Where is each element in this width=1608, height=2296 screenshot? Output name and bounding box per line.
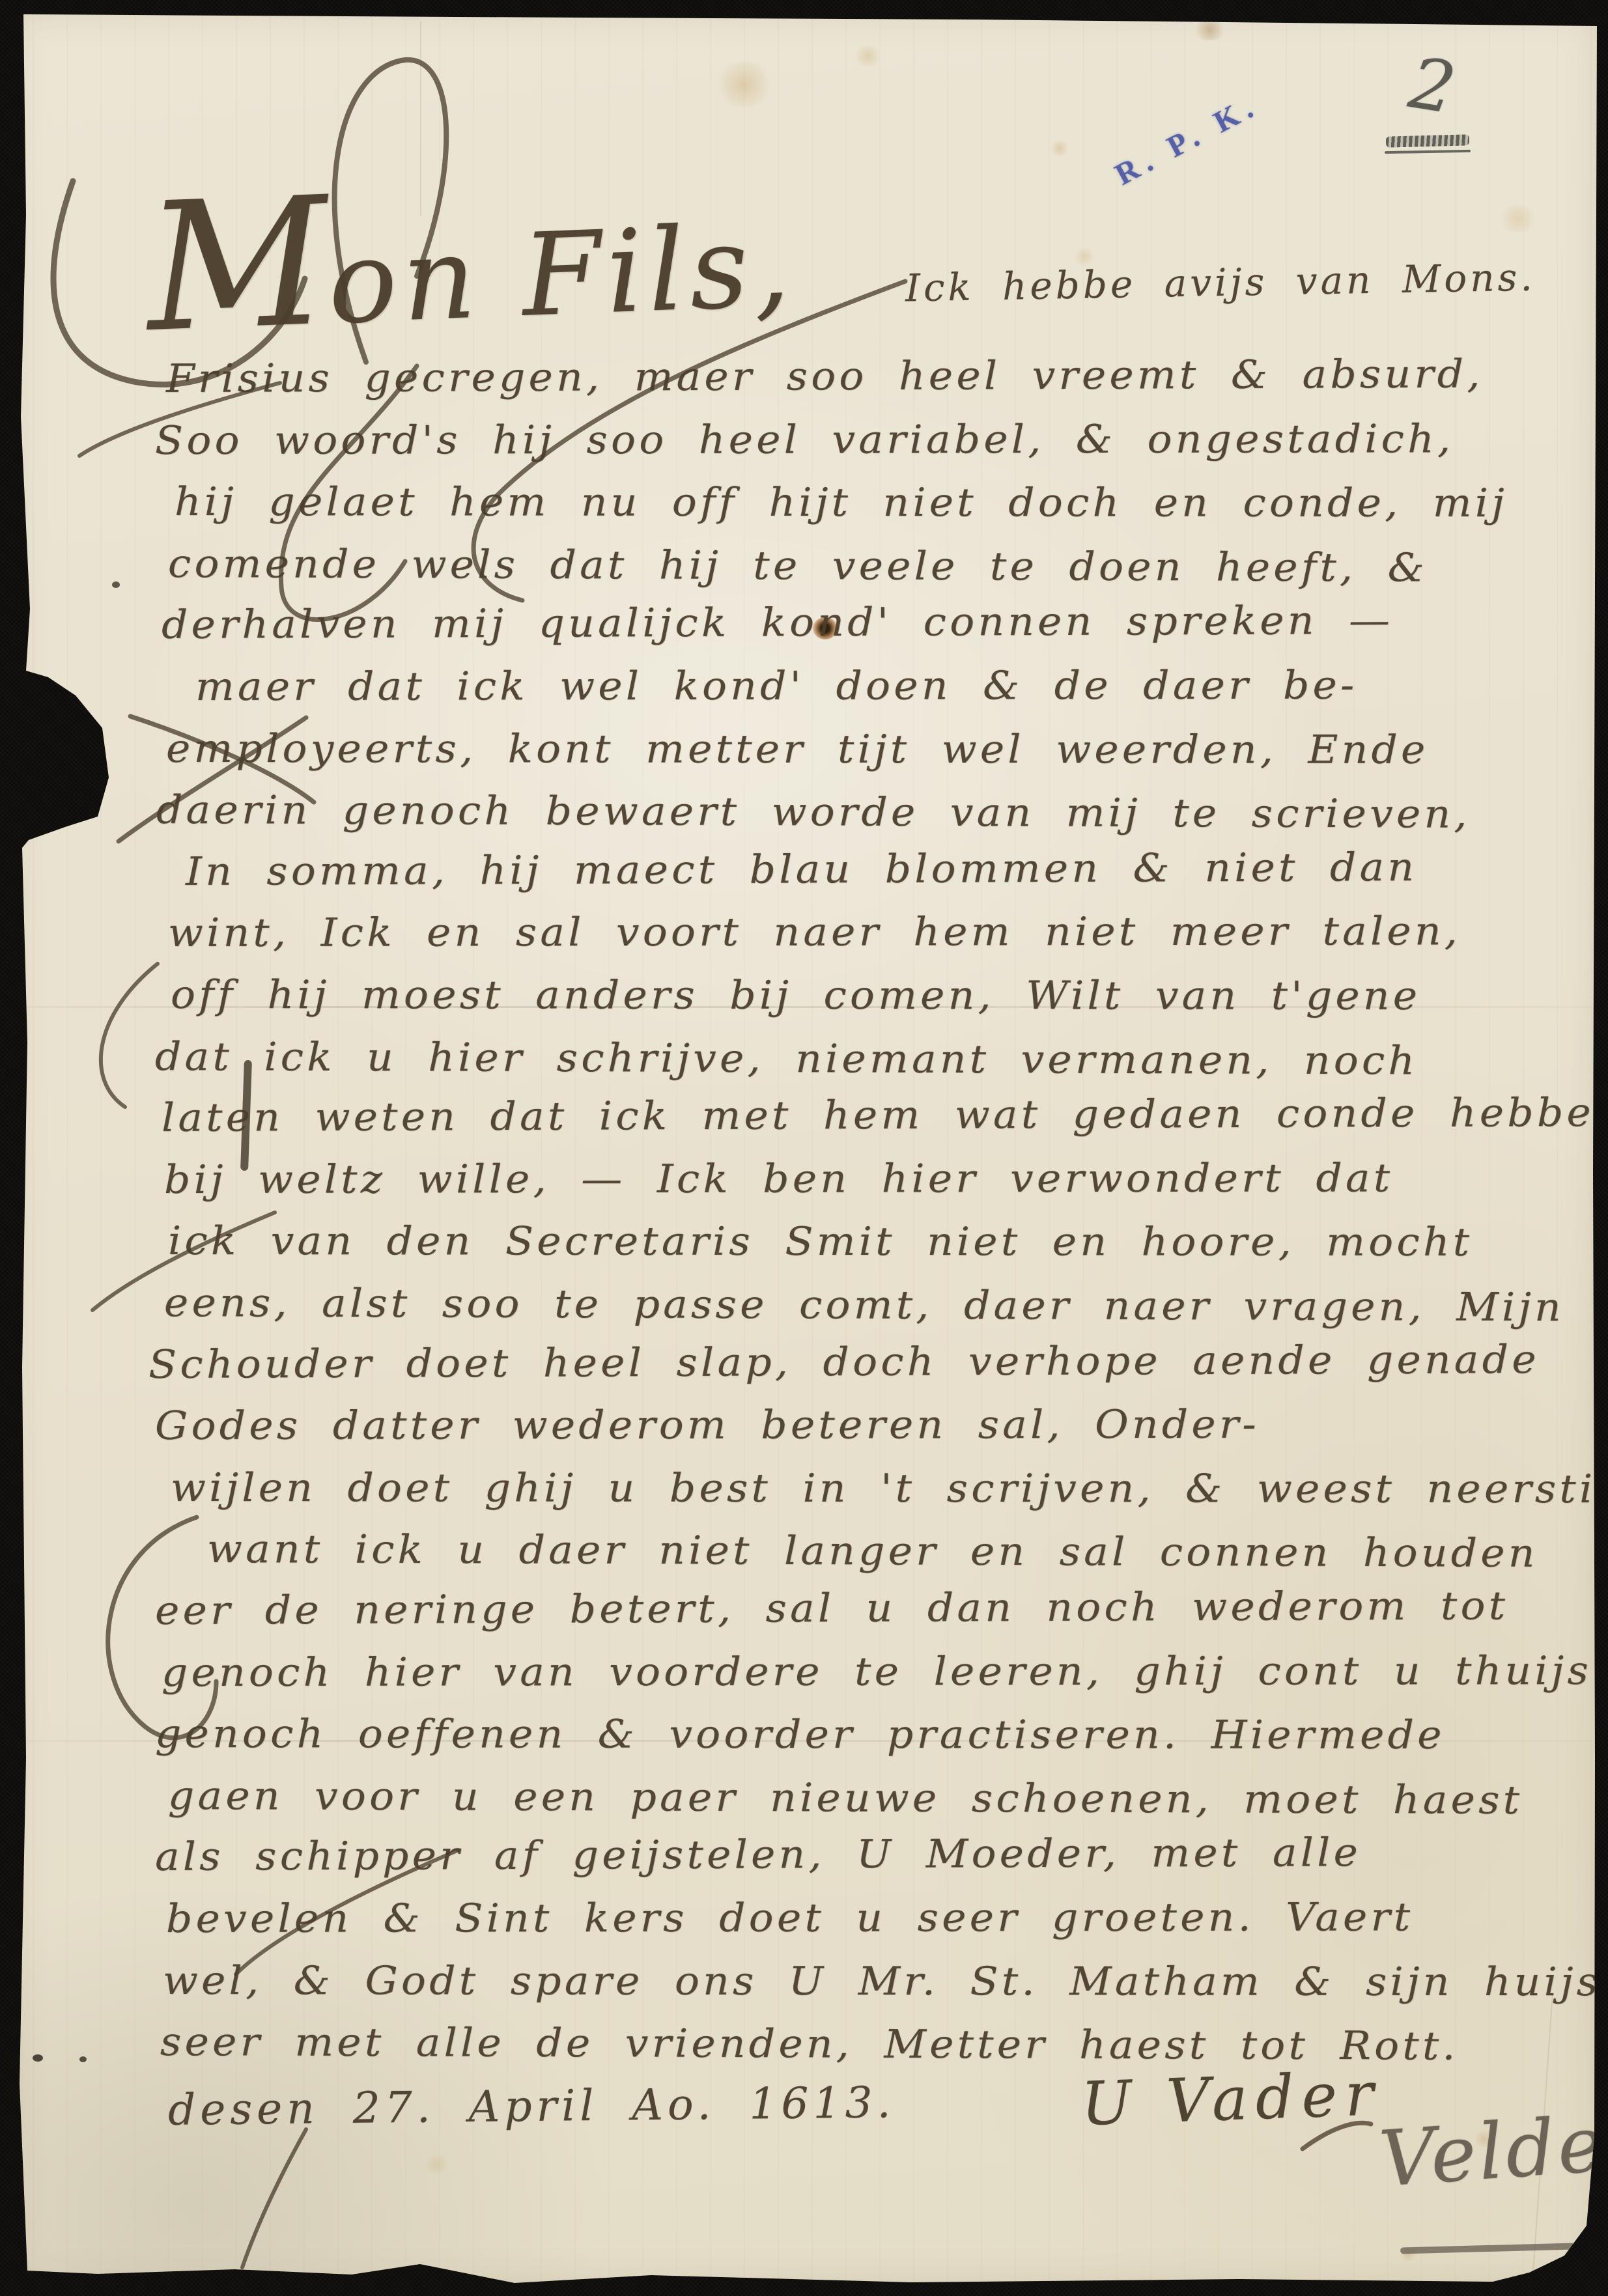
letter-line-9: In somma, hij maect blau blommen & niet … bbox=[186, 848, 1417, 891]
letter-line-20: want ick u daer niet langer en sal conne… bbox=[207, 1530, 1538, 1573]
letter-line-8: daerin genoch bewaert worde van mij te s… bbox=[156, 791, 1471, 834]
letter-line-10: wint, Ick en sal voort naer hem niet mee… bbox=[168, 912, 1461, 953]
letter-line-6: maer dat ick wel kond' doen & de daer be… bbox=[195, 666, 1358, 707]
letter-line-21: eer de neringe betert, sal u dan noch we… bbox=[155, 1586, 1509, 1631]
letter-line-27: wel, & Godt spare ons U Mr. St. Matham &… bbox=[163, 1961, 1608, 2002]
letter-line-3: hij gelaet hem nu off hijt niet doch en … bbox=[175, 483, 1508, 523]
letter-line-5: derhalven mij qualijck kond' connen spre… bbox=[162, 601, 1394, 645]
photograph-background: Mon Fils, Ick hebbe avijs van Mons. Fris… bbox=[0, 0, 1608, 2296]
signature: U Vader bbox=[1080, 2059, 1382, 2139]
letter-line-25: als schipper af geijstelen, U Moeder, me… bbox=[155, 1834, 1361, 1877]
dateline: desen 27. April Ao. 1613. bbox=[168, 2077, 896, 2135]
letter-line-16: eens, alst soo te passe comt, daer naer … bbox=[164, 1283, 1564, 1327]
letter-line-7: employeerts, kont metter tijt wel weerde… bbox=[166, 729, 1429, 770]
letter-paper: Mon Fils, Ick hebbe avijs van Mons. Fris… bbox=[0, 0, 1608, 2296]
folio-scribble bbox=[1386, 134, 1469, 147]
letter-line-14: bij weltz wille, — Ick ben hier verwonde… bbox=[164, 1158, 1393, 1199]
letter-line-26: bevelen & Sint kers doet u seer groeten.… bbox=[166, 1897, 1414, 1939]
letter-line-18: Godes datter wederom beteren sal, Onder- bbox=[155, 1405, 1260, 1446]
letter-line-1: Frisius gecregen, maer soo heel vreemt &… bbox=[166, 355, 1484, 399]
letter-line-12: dat ick u hier schrijve, niemant vermane… bbox=[155, 1037, 1418, 1080]
salutation: Mon Fils, bbox=[143, 156, 797, 357]
letter-line-15: ick van den Secretaris Smit niet en hoor… bbox=[168, 1222, 1473, 1262]
corner-annotation: Velde bbox=[1377, 2099, 1608, 2204]
letter-line-28: seer met alle de vrienden, Metter haest … bbox=[160, 2023, 1459, 2066]
letter-line-4: comende wels dat hij te veele te doen he… bbox=[168, 544, 1428, 587]
dateline-descender bbox=[242, 2129, 306, 2267]
letter-line-24: gaen voor u een paer nieuwe schoenen, mo… bbox=[168, 1776, 1523, 1820]
letter-line-17: Schouder doet heel slap, doch verhope ae… bbox=[148, 1340, 1540, 1384]
letter-line-11: off hij moest anders bij comen, Wilt van… bbox=[171, 975, 1420, 1016]
letter-line-13: laten weten dat ick met hem wat gedaen c… bbox=[162, 1093, 1608, 1138]
letter-line-22: genoch hier van voordere te leeren, ghij… bbox=[162, 1651, 1592, 1692]
letter-line-2: Soo woord's hij soo heel variabel, & ong… bbox=[155, 419, 1454, 460]
letter-line-19: wijlen doet ghij u best in 't scrijven, … bbox=[171, 1468, 1608, 1509]
margin-flourish bbox=[101, 964, 158, 1107]
letter-line-23: genoch oeffenen & voorder practiseren. H… bbox=[155, 1715, 1445, 1755]
